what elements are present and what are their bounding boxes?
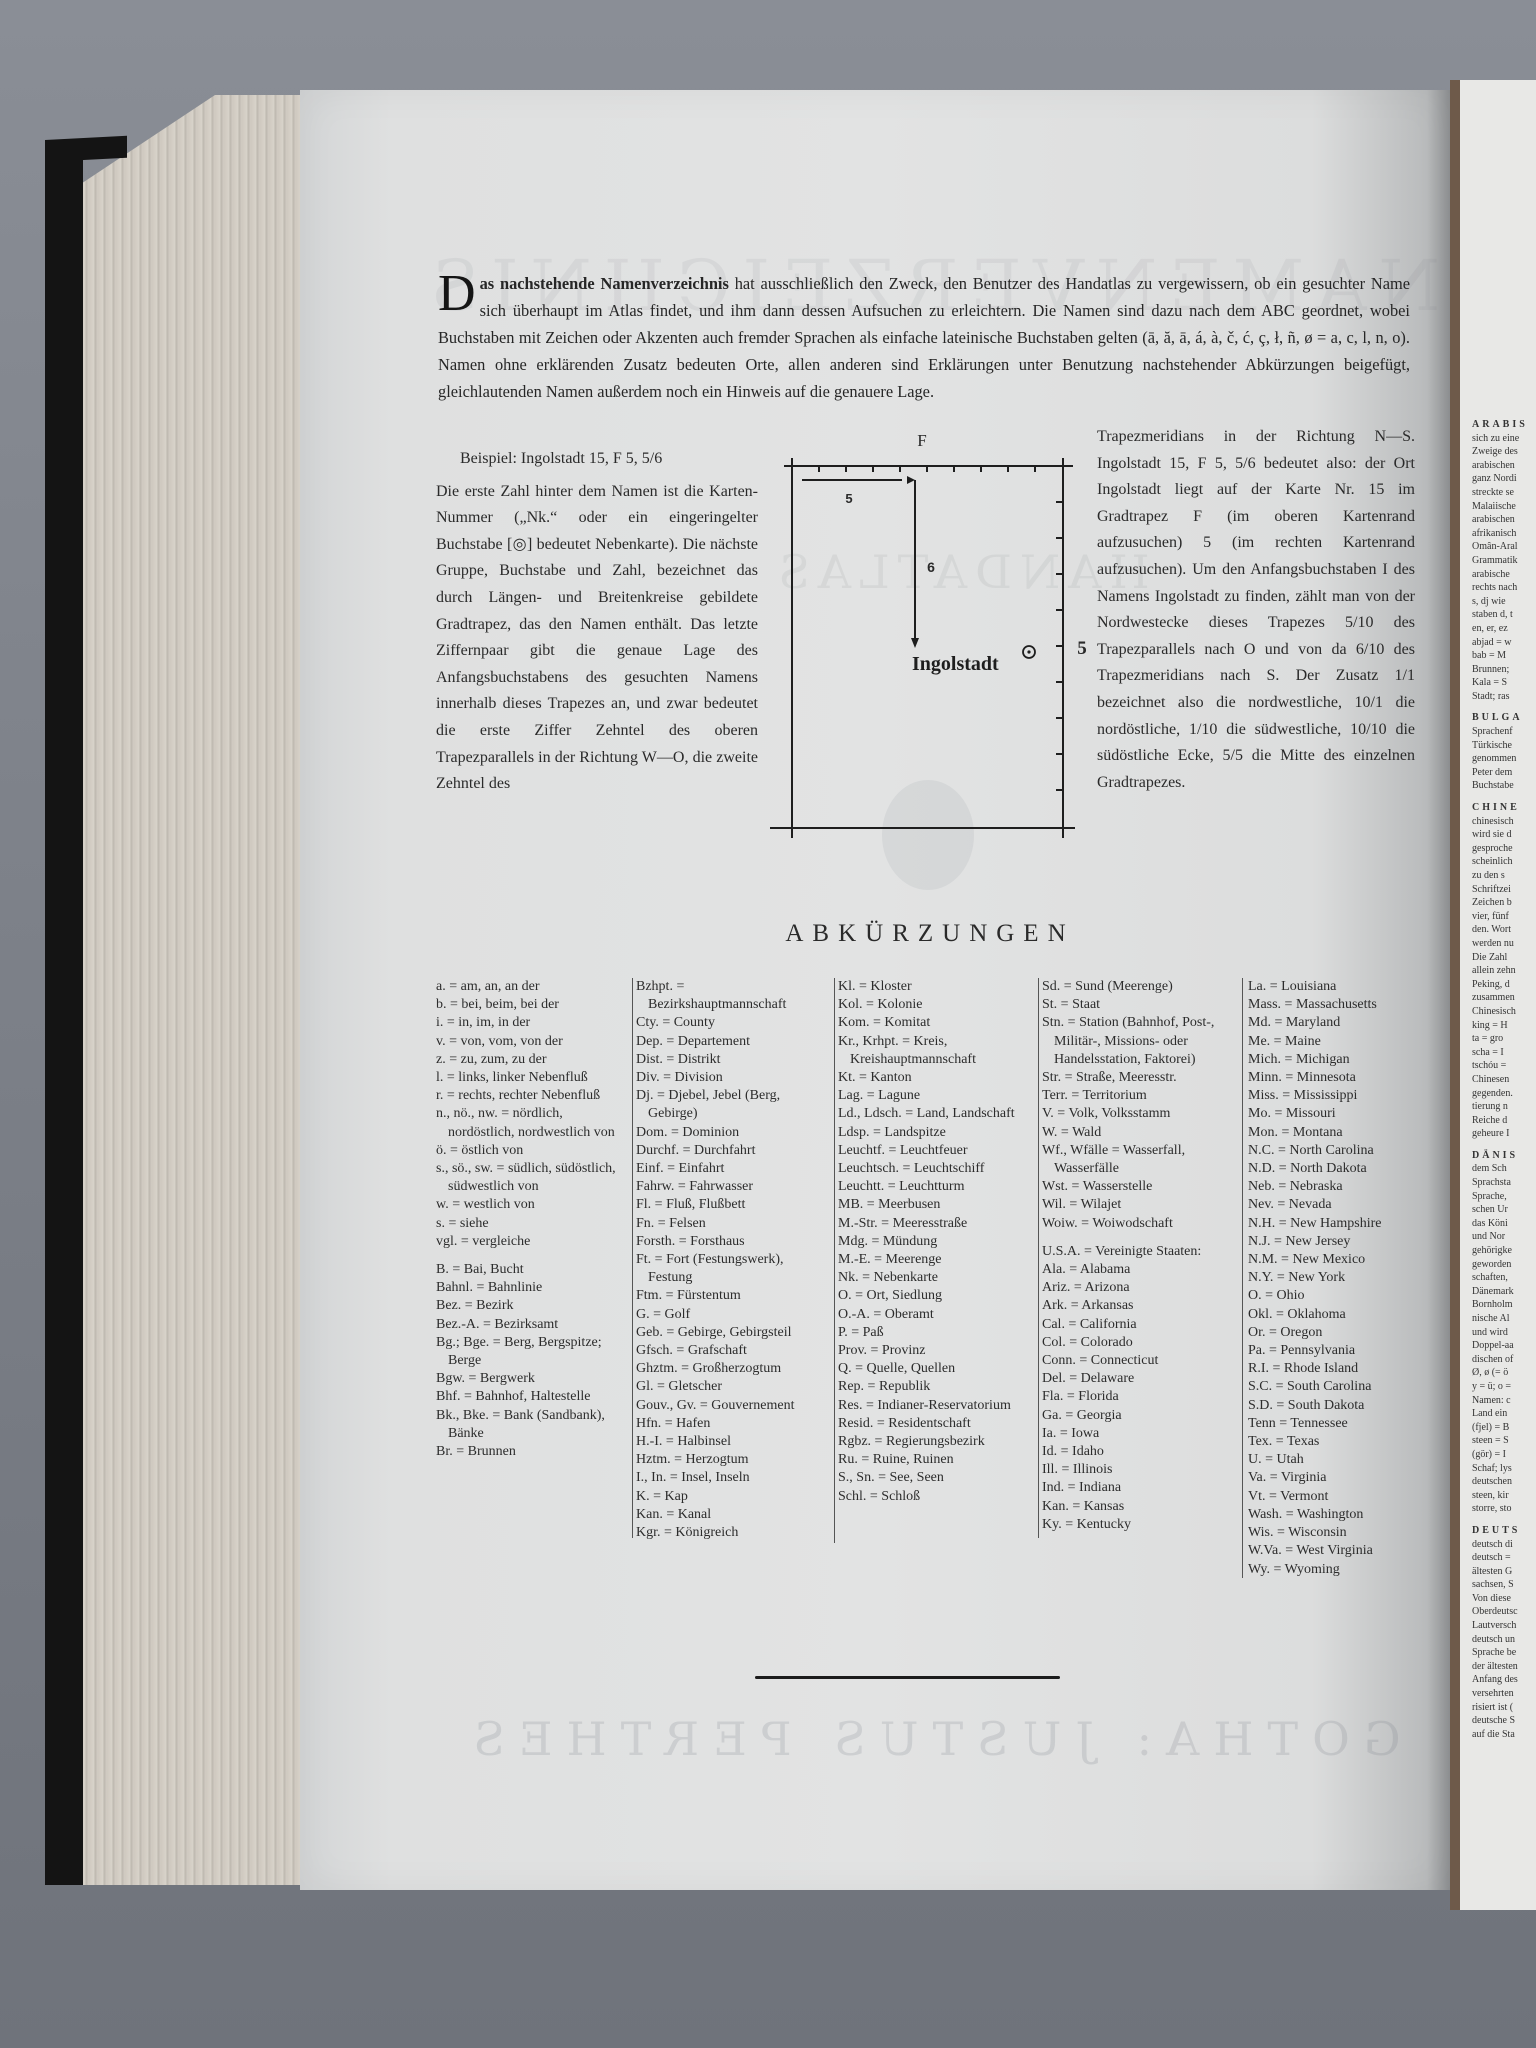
facing-page-line: Dänemark [1472,1285,1536,1299]
facing-page-line: gehörigke [1472,1244,1536,1258]
abbreviation-entry: Hfn. = Hafen [636,1415,826,1433]
abbreviation-entry: B. = Bai, Bucht [436,1261,622,1279]
facing-page-line: Oberdeutsc [1472,1605,1536,1619]
facing-page-line: streckte se [1472,486,1536,500]
abbreviation-entry: Schl. = Schloß [838,1488,1032,1506]
abbreviation-entry: Dep. = Departement [636,1033,826,1051]
facing-page-line: Schaf; lys [1472,1462,1536,1476]
abbreviation-entry: Kom. = Komitat [838,1014,1032,1032]
abbreviations-column-1: a. = am, an, an derb. = bei, beim, bei d… [436,978,622,1461]
facing-page-line: Zweige des [1472,445,1536,459]
facing-page-line: schen Ur [1472,1203,1536,1217]
facing-page-line: deutschen [1472,1475,1536,1489]
abbreviation-entry: b. = bei, beim, bei der [436,996,622,1014]
abbreviation-entry: Ldsp. = Landspitze [838,1124,1032,1142]
facing-page-line: gegenden. [1472,1087,1536,1101]
facing-page-line: wird sie d [1472,828,1536,842]
example-left-text: Die erste Zahl hinter dem Namen ist die … [436,479,758,798]
abbreviation-entry: Okl. = Oklahoma [1248,1306,1428,1324]
abbreviation-entry: H.-I. = Halbinsel [636,1433,826,1451]
facing-page-line: Chinesen [1472,1073,1536,1087]
abbreviation-entry: I., In. = Insel, Inseln [636,1469,826,1487]
abbreviation-entry: n., nö., nw. = nördlich, nordöstlich, no… [436,1105,622,1141]
facing-page-line: deutsch di [1472,1538,1536,1552]
diagram-row-label: 5 [1077,638,1087,659]
abbreviation-entry: Wst. = Wasserstelle [1042,1178,1238,1196]
example-right-column: Trapezmeridians in der Richtung N—S. Ing… [1097,424,1415,796]
abbreviation-entry: Sd. = Sund (Meerenge) [1042,978,1238,996]
abbreviation-entry: s. = siehe [436,1215,622,1233]
abbreviation-entry: Kan. = Kansas [1042,1498,1238,1516]
abbreviation-entry: Dist. = Distrikt [636,1051,826,1069]
facing-page-line: Bornholm [1472,1298,1536,1312]
abbreviation-entry: Str. = Straße, Meeresstr. [1042,1069,1238,1087]
diagram-horizontal-label: 5 [845,491,852,506]
abbreviation-entry: M.-Str. = Meeresstraße [838,1215,1032,1233]
abbreviation-entry: Ft. = Fort (Festungswerk), Festung [636,1251,826,1287]
facing-page-line: ältesten G [1472,1565,1536,1579]
facing-page-line: und wird [1472,1326,1536,1340]
facing-page-line: Stadt; ras [1472,690,1536,704]
abbreviation-entry: Wf., Wfälle = Wasserfall, Wasserfälle [1042,1142,1238,1178]
entry-gap [1042,1233,1238,1243]
abbreviation-entry: N.H. = New Hampshire [1248,1215,1428,1233]
abbreviation-entry: ö. = östlich von [436,1142,622,1160]
facing-page-line: vier, fünf [1472,910,1536,924]
facing-page-line: Brunnen; [1472,663,1536,677]
abbreviation-entry: Or. = Oregon [1248,1324,1428,1342]
book-page-edges [80,95,305,1885]
abbreviation-entry: Ftm. = Fürstentum [636,1287,826,1305]
abbreviations-column-4: Sd. = Sund (Meerenge)St. = StaatStn. = S… [1042,978,1238,1534]
abbreviation-entry: N.J. = New Jersey [1248,1233,1428,1251]
facing-page-line: Chinesisch [1472,1005,1536,1019]
facing-page-line: steen, kir [1472,1489,1536,1503]
abbreviation-entry: Tex. = Texas [1248,1433,1428,1451]
facing-page-line: scheinlich [1472,855,1536,869]
example-label: Beispiel: Ingolstadt 15, F 5, 5/6 [460,446,758,473]
abbreviation-entry: Div. = Division [636,1069,826,1087]
facing-page-line: bab = M [1472,649,1536,663]
facing-page-line: tierung n [1472,1100,1536,1114]
facing-page-line: risiert ist ( [1472,1701,1536,1715]
abbreviation-entry: U.S.A. = Vereinigte Staaten: [1042,1243,1238,1261]
facing-page-line: das Köni [1472,1217,1536,1231]
abbreviation-entry: Ala. = Alabama [1042,1261,1238,1279]
example-left-column: Beispiel: Ingolstadt 15, F 5, 5/6 Die er… [436,446,758,798]
abbreviation-entry: Stn. = Station (Bahnhof, Post-, Militär-… [1042,1014,1238,1069]
intro-paragraph: Das nachstehende Namenverzeichnis hat au… [438,270,1410,405]
facing-page-line: Zeichen b [1472,896,1536,910]
intro-bold-lead: as nachstehende Namenverzeichnis [480,274,729,293]
abbreviation-entry: Ind. = Indiana [1042,1479,1238,1497]
abbreviation-entry: Bgw. = Bergwerk [436,1370,622,1388]
abbreviation-entry: v. = von, vom, von der [436,1033,622,1051]
abbreviation-entry: Wash. = Washington [1248,1506,1428,1524]
abbreviation-entry: Mich. = Michigan [1248,1051,1428,1069]
abbreviation-entry: La. = Louisiana [1248,978,1428,996]
abbreviation-entry: Leuchtf. = Leuchtfeuer [838,1142,1032,1160]
abbreviations-table: a. = am, an, an derb. = bei, beim, bei d… [436,978,1426,1598]
abbreviation-entry: Mo. = Missouri [1248,1105,1428,1123]
abbreviation-entry: Fl. = Fluß, Flußbett [636,1196,826,1214]
abbreviation-entry: Geb. = Gebirge, Gebirgsteil [636,1324,826,1342]
abbreviation-entry: Cal. = California [1042,1316,1238,1334]
abbreviation-entry: w. = westlich von [436,1196,622,1214]
abbreviations-column-5: La. = LouisianaMass. = MassachusettsMd. … [1248,978,1428,1579]
facing-page-line: Doppel-aa [1472,1339,1536,1353]
facing-page-line: (fjel) = B [1472,1421,1536,1435]
facing-page-line: scha = I [1472,1046,1536,1060]
abbreviation-entry: Bzhpt. = Bezirkshauptmannschaft [636,978,826,1014]
abbreviation-entry: N.C. = North Carolina [1248,1142,1428,1160]
facing-page-line: Peking, d [1472,978,1536,992]
facing-page-partial: ARABISsich zu eineZweige desarabischenga… [1450,80,1536,1910]
abbreviation-entry: K. = Kap [636,1488,826,1506]
facing-page-line: Die Zahl [1472,951,1536,965]
facing-page-line: rechts nach [1472,581,1536,595]
abbreviations-column-2: Bzhpt. = BezirkshauptmannschaftCty. = Co… [636,978,826,1542]
abbreviation-entry: Res. = Indianer-Reservatorium [838,1397,1032,1415]
facing-page-text: ARABISsich zu eineZweige desarabischenga… [1472,410,1536,1741]
facing-page-line: Namen: c [1472,1394,1536,1408]
facing-page-line: schaften, [1472,1271,1536,1285]
column-divider [1038,978,1039,1538]
column-divider [632,978,633,1538]
facing-page-line: ganz Nordi [1472,472,1536,486]
facing-page-line: Lautversch [1472,1619,1536,1633]
drop-cap: D [438,272,476,316]
abbreviation-entry: Leuchtsch. = Leuchtschiff [838,1160,1032,1178]
abbreviation-entry: Leuchtt. = Leuchtturm [838,1178,1032,1196]
facing-page-line: zu den s [1472,869,1536,883]
abbreviation-entry: R.I. = Rhode Island [1248,1360,1428,1378]
abbreviation-entry: V. = Volk, Volksstamm [1042,1105,1238,1123]
facing-page-line: genommen [1472,752,1536,766]
facing-page-line: Buchstabe [1472,779,1536,793]
facing-page-line: nische Al [1472,1312,1536,1326]
facing-page-line: dem Sch [1472,1162,1536,1176]
facing-page-line: Land ein [1472,1407,1536,1421]
abbreviation-entry: Neb. = Nebraska [1248,1178,1428,1196]
abbreviation-entry: O.-A. = Oberamt [838,1306,1032,1324]
facing-page-line: dischen of [1472,1353,1536,1367]
abbreviation-entry: Ariz. = Arizona [1042,1279,1238,1297]
abbreviations-column-3: Kl. = KlosterKol. = KolonieKom. = Komita… [838,978,1032,1506]
abbreviation-entry: Mon. = Montana [1248,1124,1428,1142]
facing-page-line: deutsche S [1472,1714,1536,1728]
facing-page-line: deutsch un [1472,1633,1536,1647]
abbreviation-entry: Me. = Maine [1248,1033,1428,1051]
facing-page-line: allein zehn [1472,964,1536,978]
abbreviation-entry: Wis. = Wisconsin [1248,1524,1428,1542]
column-divider [834,978,835,1543]
abbreviation-entry: Nk. = Nebenkarte [838,1269,1032,1287]
abbreviation-entry: St. = Staat [1042,996,1238,1014]
abbreviation-entry: Nev. = Nevada [1248,1196,1428,1214]
facing-page-line: Anfang des [1472,1673,1536,1687]
abbreviation-entry: W.Va. = West Virginia [1248,1542,1428,1560]
abbreviation-entry: N.Y. = New York [1248,1269,1428,1287]
abbreviation-entry: Kan. = Kanal [636,1506,826,1524]
abbreviation-entry: Bk., Bke. = Bank (Sandbank), Bänke [436,1407,622,1443]
facing-page-line: arabische [1472,568,1536,582]
abbreviation-entry: Bg.; Bge. = Berg, Bergspitze; Berge [436,1334,622,1370]
abbreviation-entry: Col. = Colorado [1042,1334,1238,1352]
abbreviation-entry: S.C. = South Carolina [1248,1378,1428,1396]
facing-page-heading: BULGA [1472,711,1536,725]
facing-page-line: staben d, t [1472,608,1536,622]
abbreviation-entry: Tenn = Tennessee [1248,1415,1428,1433]
abbreviation-entry: Mass. = Massachusetts [1248,996,1428,1014]
facing-page-line: der ältesten [1472,1660,1536,1674]
abbreviation-entry: Bez.-A. = Bezirksamt [436,1316,622,1334]
facing-page-line: sich zu eine [1472,432,1536,446]
abbreviation-entry: Ld., Ldsch. = Land, Landschaft [838,1105,1032,1123]
abbreviation-entry: Md. = Maryland [1248,1014,1428,1032]
abbreviation-entry: Minn. = Minnesota [1248,1069,1428,1087]
abbreviation-entry: Cty. = County [636,1014,826,1032]
abbreviation-entry: i. = in, im, in der [436,1014,622,1032]
abbreviation-entry: s., sö., sw. = südlich, südöstlich, südw… [436,1160,622,1196]
abbreviation-entry: vgl. = vergleiche [436,1233,622,1251]
abbreviation-entry: Kl. = Kloster [838,978,1032,996]
abbreviation-entry: Kr., Krhpt. = Kreis, Kreishauptmannschaf… [838,1033,1032,1069]
abbreviation-entry: Einf. = Einfahrt [636,1160,826,1178]
abbreviation-entry: a. = am, an, an der [436,978,622,996]
facing-page-line: Omân-Aral [1472,540,1536,554]
facing-page-line: zusammen [1472,991,1536,1005]
gradtrapez-diagram: F 5 6 5 Ingolstadt [770,430,1110,850]
abbreviation-entry: Wy. = Wyoming [1248,1561,1428,1579]
facing-page-heading: ARABIS [1472,418,1536,432]
facing-page-line: arabischen [1472,513,1536,527]
abbreviation-entry: Dom. = Dominion [636,1124,826,1142]
facing-page-line: ta = gro [1472,1032,1536,1046]
abbreviation-entry: Ill. = Illinois [1042,1461,1238,1479]
facing-page-line: und Nor [1472,1230,1536,1244]
abbreviation-entry: Pa. = Pennsylvania [1248,1342,1428,1360]
abbreviation-entry: Kgr. = Königreich [636,1524,826,1542]
facing-page-line: steen = S [1472,1434,1536,1448]
abbreviation-entry: S.D. = South Dakota [1248,1397,1428,1415]
intro-text: hat ausschließlich den Zweck, den Benutz… [438,274,1410,401]
facing-page-line: Sprache, [1472,1190,1536,1204]
abbreviation-entry: Q. = Quelle, Quellen [838,1360,1032,1378]
facing-page-line: Schriftzei [1472,883,1536,897]
diagram-column-label: F [917,431,926,450]
facing-page-line: deutsch = [1472,1551,1536,1565]
facing-page-line: y = ü; o = [1472,1380,1536,1394]
facing-page-line: Sprachenf [1472,725,1536,739]
abbreviation-entry: O. = Ort, Siedlung [838,1287,1032,1305]
column-divider [1242,978,1243,1578]
abbreviation-entry: Ark. = Arkansas [1042,1297,1238,1315]
facing-page-line: Reiche d [1472,1114,1536,1128]
facing-page-line: sachsen, S [1472,1578,1536,1592]
abbreviation-entry: Ia. = Iowa [1042,1425,1238,1443]
abbreviation-entry: Gfsch. = Grafschaft [636,1342,826,1360]
facing-page-line: Grammatik [1472,554,1536,568]
abbreviation-entry: Gl. = Gletscher [636,1378,826,1396]
abbreviation-entry: z. = zu, zum, zu der [436,1051,622,1069]
abbreviation-entry: Ru. = Ruine, Ruinen [838,1451,1032,1469]
abbreviation-entry: Ky. = Kentucky [1042,1516,1238,1534]
abbreviation-entry: Terr. = Territorium [1042,1087,1238,1105]
facing-page-heading: DEUTS [1472,1524,1536,1538]
facing-page-heading: CHINE [1472,801,1536,815]
abbreviation-entry: Lag. = Lagune [838,1087,1032,1105]
diagram-place-name: Ingolstadt [912,653,999,675]
abbreviation-entry: Wil. = Wilajet [1042,1196,1238,1214]
abbreviation-entry: Va. = Virginia [1248,1469,1428,1487]
facing-page-line: Ø, ø (= ö [1472,1366,1536,1380]
facing-page-line: auf die Sta [1472,1728,1536,1742]
facing-page-line: Peter dem [1472,766,1536,780]
abbreviation-entry: P. = Paß [838,1324,1032,1342]
abbreviation-entry: N.M. = New Mexico [1248,1251,1428,1269]
entry-gap [436,1251,622,1261]
abbreviation-entry: Bhf. = Bahnhof, Haltestelle [436,1388,622,1406]
abbreviation-entry: O. = Ohio [1248,1287,1428,1305]
facing-page-line: en, er, ez [1472,622,1536,636]
abbreviation-entry: M.-E. = Meerenge [838,1251,1032,1269]
facing-page-line: storre, sto [1472,1502,1536,1516]
facing-page-line: Von diese [1472,1592,1536,1606]
abbreviation-entry: Rep. = Republik [838,1378,1032,1396]
abbreviation-entry: Woiw. = Woiwodschaft [1042,1215,1238,1233]
abbreviation-entry: Dj. = Djebel, Jebel (Berg, Gebirge) [636,1087,826,1123]
abbreviation-entry: Conn. = Connecticut [1042,1352,1238,1370]
abbreviation-entry: Kt. = Kanton [838,1069,1032,1087]
abbreviation-entry: Bez. = Bezirk [436,1297,622,1315]
facing-page-line: (gör) = I [1472,1448,1536,1462]
abbreviation-entry: Miss. = Mississippi [1248,1087,1428,1105]
abbreviation-entry: Fn. = Felsen [636,1215,826,1233]
facing-page-line: Malaiische [1472,500,1536,514]
facing-page-line: Kala = S [1472,676,1536,690]
abbreviation-entry: Id. = Idaho [1042,1443,1238,1461]
abbreviation-entry: Mdg. = Mündung [838,1233,1032,1251]
facing-page-heading: DÄNIS [1472,1149,1536,1163]
abbreviation-entry: r. = rechts, rechter Nebenfluß [436,1087,622,1105]
facing-page-line: Türkische [1472,739,1536,753]
facing-page-line: abjad = w [1472,636,1536,650]
abbreviation-entry: Br. = Brunnen [436,1443,622,1461]
abbreviation-entry: U. = Utah [1248,1451,1428,1469]
abbreviation-entry: Fla. = Florida [1042,1388,1238,1406]
facing-page-line: geheure I [1472,1127,1536,1141]
facing-page-line: gesproche [1472,842,1536,856]
facing-page-line: geworden [1472,1258,1536,1272]
abbreviation-entry: S., Sn. = See, Seen [838,1469,1032,1487]
facing-page-line: arabischen [1472,459,1536,473]
abbreviation-entry: Prov. = Provinz [838,1342,1032,1360]
abbreviation-entry: Forsth. = Forsthaus [636,1233,826,1251]
abbreviation-entry: N.D. = North Dakota [1248,1160,1428,1178]
abbreviation-entry: G. = Golf [636,1306,826,1324]
abbreviation-entry: Hztm. = Herzogtum [636,1451,826,1469]
abbreviation-entry: Del. = Delaware [1042,1370,1238,1388]
facing-page-line: werden nu [1472,937,1536,951]
abbreviation-entry: Vt. = Vermont [1248,1488,1428,1506]
abbreviation-entry: Fahrw. = Fahrwasser [636,1178,826,1196]
abbreviation-entry: l. = links, linker Nebenfluß [436,1069,622,1087]
closing-rule [755,1676,1060,1679]
facing-page-line: afrikanisch [1472,527,1536,541]
book-cover-spine [45,140,83,1885]
facing-page-line: Sprache be [1472,1646,1536,1660]
abbreviation-entry: W. = Wald [1042,1124,1238,1142]
facing-page-line: king = H [1472,1019,1536,1033]
facing-page-line: Sprachsta [1472,1176,1536,1190]
abbreviation-entry: Gouv., Gv. = Gouvernement [636,1397,826,1415]
facing-page-line: versehrten [1472,1687,1536,1701]
abbreviation-entry: Rgbz. = Regierungsbezirk [838,1433,1032,1451]
abbreviation-entry: Resid. = Residentschaft [838,1415,1032,1433]
abbreviation-entry: Durchf. = Durchfahrt [636,1142,826,1160]
abbreviation-entry: Ghztm. = Großherzogtum [636,1360,826,1378]
abbreviation-entry: Ga. = Georgia [1042,1407,1238,1425]
facing-page-line: tschóu = [1472,1059,1536,1073]
abbreviation-entry: MB. = Meerbusen [838,1196,1032,1214]
show-through-footer: GOTHA: JUSTUS PERTHES [430,1712,1430,1766]
abbreviation-entry: Kol. = Kolonie [838,996,1032,1014]
facing-page-line: chinesisch [1472,815,1536,829]
abbreviation-entry: Bahnl. = Bahnlinie [436,1279,622,1297]
facing-page-line: den. Wort [1472,923,1536,937]
abbreviations-heading: ABKÜRZUNGEN [700,920,1160,948]
facing-page-line: s, dj wie [1472,595,1536,609]
diagram-vertical-label: 6 [927,559,935,575]
